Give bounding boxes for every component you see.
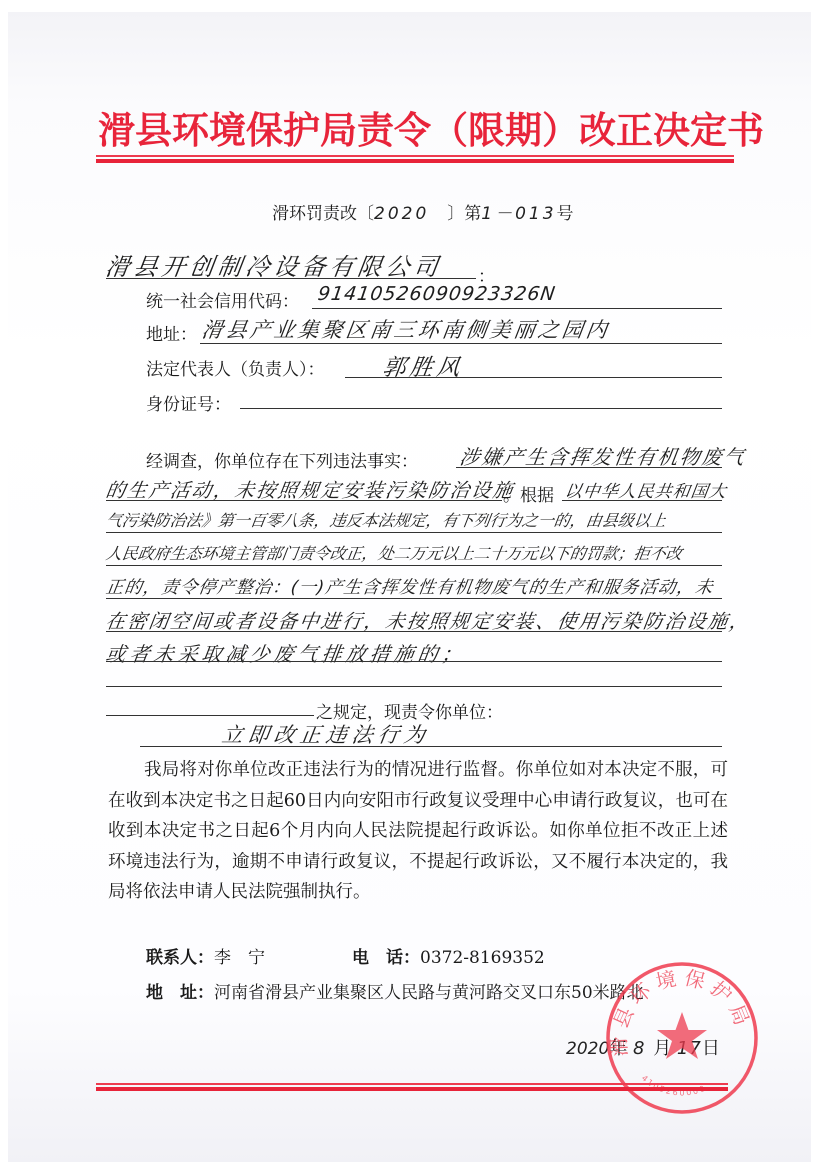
recipient-name-line — [106, 278, 476, 279]
contact-phone-label: 电 话： — [352, 948, 420, 968]
doc-number-suffix: 号 — [557, 204, 574, 224]
facts-underline-1 — [456, 467, 722, 468]
provision-underline — [106, 715, 314, 716]
contact-address-label: 地 址： — [146, 983, 214, 1003]
facts-underline-6 — [106, 598, 722, 599]
order-underline — [140, 746, 722, 747]
contact-person-value: 李 宁 — [214, 948, 265, 968]
contact-phone: 电 话：0372-8169352 — [352, 943, 545, 968]
facts-underline-5 — [106, 565, 722, 566]
legal-rep-line — [345, 377, 722, 378]
contact-person-label: 联系人： — [146, 948, 214, 968]
basis-label: 。根据 — [503, 481, 554, 506]
doc-number-value: 1－013 — [481, 204, 556, 224]
document-title: 滑县环境保护局责令（限期）改正决定书 — [98, 100, 738, 154]
facts-underline-4 — [106, 532, 722, 533]
footer-red-rule — [96, 1083, 728, 1091]
contact-phone-value: 0372-8169352 — [420, 948, 545, 968]
doc-number-prefix: 滑环罚责改〔 — [272, 204, 374, 224]
facts-line-2: 的生产活动，未按照规定安装污染防治设施 — [104, 475, 516, 503]
facts-line-3: 以中华人民共和国大 — [563, 477, 729, 502]
facts-label: 经调查，你单位存在下列违法事实： — [146, 447, 418, 472]
credit-code-line — [312, 308, 722, 309]
facts-underline-7 — [106, 631, 722, 632]
recipient-name: 滑县开创制冷设备有限公司 — [104, 247, 445, 282]
credit-code-label: 统一社会信用代码： — [146, 287, 299, 312]
notice-paragraph: 我局将对你单位改正违法行为的情况进行监督。你单位如对本决定不服，可在收到本决定书… — [108, 755, 728, 908]
facts-line-8: 或者未采取减少废气排放措施的； — [104, 638, 468, 667]
facts-line-5: 人民政府生态环境主管部门责令改正，处二万元以上二十万元以下的罚款；拒不改 — [104, 541, 683, 564]
doc-number-year: 2020 — [374, 204, 429, 224]
id-number-label: 身份证号： — [146, 390, 231, 415]
contact-address-value: 河南省滑县产业集聚区人民路与黄河路交叉口东50米路北 — [214, 983, 644, 1003]
seal-star-icon — [657, 1012, 707, 1059]
order-text: 立即改正违法行为 — [220, 719, 432, 749]
doc-number-middle: 〕第 — [447, 204, 481, 224]
address-line — [200, 343, 722, 344]
facts-underline-2 — [106, 500, 502, 501]
facts-line-1: 涉嫌产生含挥发性有机物废气 — [458, 441, 748, 470]
address-value: 滑县产业集聚区南三环南侧美丽之园内 — [200, 314, 612, 344]
header-red-rule — [96, 155, 734, 163]
facts-underline-9 — [106, 686, 722, 687]
contact-person: 联系人：李 宁 — [146, 943, 265, 968]
legal-rep-label: 法定代表人（负责人）： — [146, 355, 325, 380]
credit-code-value: 91410526090923326N — [316, 283, 557, 305]
facts-line-7: 在密闭空间或者设备中进行，未按照规定安装、使用污染防治设施， — [104, 606, 753, 634]
id-number-line — [240, 408, 722, 409]
address-label: 地址： — [146, 320, 197, 345]
contact-address: 地 址：河南省滑县产业集聚区人民路与黄河路交叉口东50米路北 — [146, 978, 644, 1003]
date-year: 2020 — [566, 1039, 609, 1059]
facts-underline-3 — [562, 500, 722, 501]
facts-line-6: 正的，责令停产整治：(一)产生含挥发性有机物废气的生产和服务活动，未 — [104, 574, 715, 599]
facts-underline-8 — [106, 661, 722, 662]
facts-line-4: 气污染防治法》第一百零八条，违反本法规定，有下列行为之一的，由县级以上 — [104, 508, 667, 531]
document-number: 滑环罚责改〔2020〕第1－013号 — [272, 199, 574, 224]
official-seal-stamp: 滑县环境保护局 4105260000 — [604, 960, 760, 1116]
